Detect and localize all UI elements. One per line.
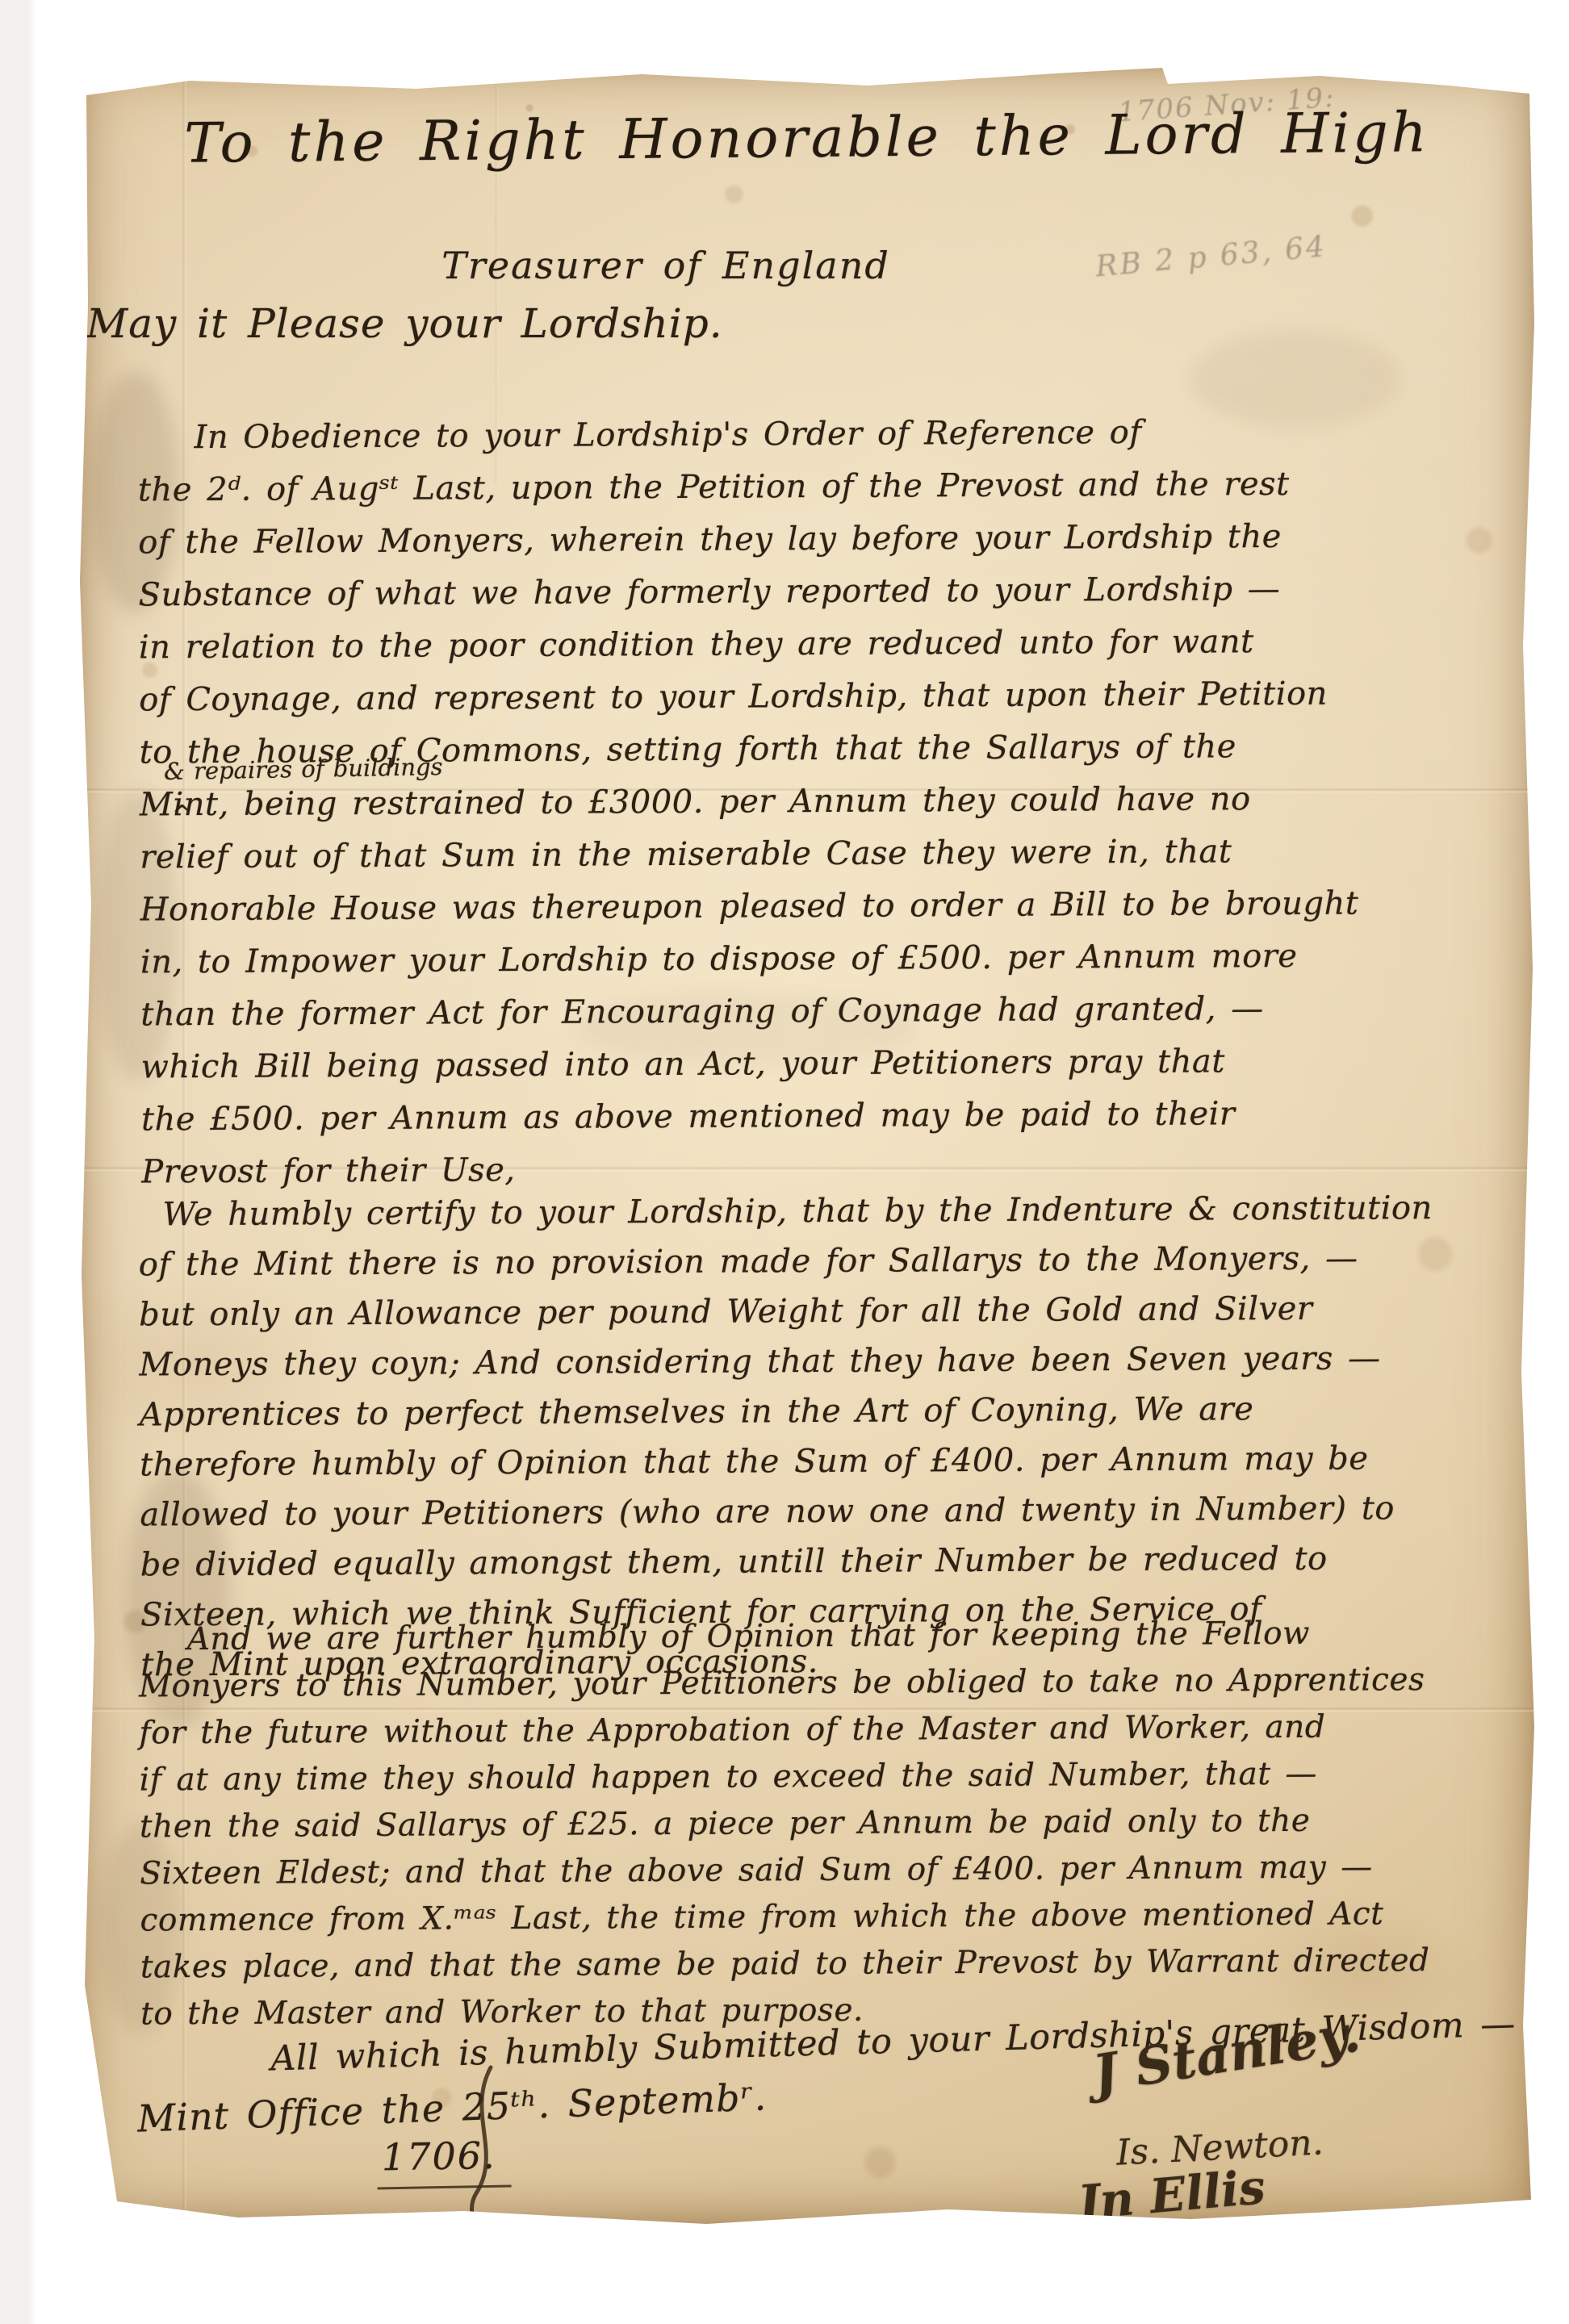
manuscript-line: And we are further humbly of Opinion tha… — [139, 1615, 1511, 1669]
manuscript-line: We humbly certify to your Lordship, that… — [138, 1189, 1510, 1247]
manuscript-line: Moneys they coyn; And considering that t… — [139, 1340, 1511, 1397]
manuscript-line: for the future without the Approbation o… — [139, 1708, 1511, 1762]
manuscript-line: In Obedience to your Lordship's Order of… — [137, 412, 1509, 472]
manuscript-line: then the said Sallarys of £25. a piece p… — [140, 1802, 1512, 1856]
pen-flourish — [452, 2064, 508, 2250]
manuscript-line: of the Fellow Monyers, wherein they lay … — [138, 517, 1510, 577]
manuscript-line: Sixteen Eldest; and that the above said … — [140, 1849, 1512, 1903]
manuscript-line: therefore humbly of Opinion that the Sum… — [140, 1440, 1512, 1497]
manuscript-line: the 2ᵈ. of Augˢᵗ Last, upon the Petition… — [138, 465, 1510, 525]
manuscript-line: allowed to your Petitioners (who are now… — [140, 1490, 1512, 1547]
manuscript-line: the £500. per Annum as above mentioned m… — [141, 1094, 1513, 1154]
pencil-reference-annotation: RB 2 p 63, 64 — [1094, 231, 1328, 284]
manuscript-line: if at any time they should happen to exc… — [140, 1755, 1512, 1809]
manuscript-line: Mint, being restrained to £3000. per Ann… — [140, 780, 1512, 839]
manuscript-line: commence from X.ᵐᵃˢ Last, the time from … — [140, 1896, 1512, 1950]
insertion-caret: ^ — [172, 800, 192, 829]
heading-addressee-line2: Treasurer of England — [343, 244, 989, 287]
manuscript-line: in relation to the poor condition they a… — [139, 622, 1511, 682]
salutation: May it Please your Lordship. — [86, 300, 723, 347]
heading-addressee: To the Right Honorable the Lord High — [77, 100, 1538, 177]
manuscript-line: Substance of what we have formerly repor… — [138, 570, 1510, 629]
signature-ellis: Jn Ellis — [1075, 2159, 1267, 2230]
manuscript-line: relief out of that Sum in the miserable … — [140, 832, 1512, 892]
manuscript-line: Honorable House was thereupon pleased to… — [140, 884, 1513, 944]
manuscript-line: of the Mint there is no provision made f… — [139, 1239, 1511, 1297]
manuscript-line: Apprentices to perfect themselves in the… — [140, 1390, 1512, 1447]
manuscript-line: but only an Allowance per pound Weight f… — [139, 1289, 1511, 1347]
manuscript-page: 1706 Nov: 19: RB 2 p 63, 64 To the Right… — [77, 65, 1538, 2227]
manuscript-line: which Bill being passed into an Act, you… — [141, 1042, 1513, 1101]
paragraph-obedience: In Obedience to your Lordship's Order of… — [137, 412, 1513, 1206]
manuscript-line: Monyers to this Number, your Petitioners… — [139, 1661, 1511, 1716]
manuscript-line: takes place, and that the same be paid t… — [140, 1942, 1513, 1996]
paragraph-further-opinion: And we are further humbly of Opinion tha… — [139, 1615, 1513, 2043]
manuscript-line: of Coynage, and represent to your Lordsh… — [139, 675, 1511, 734]
manuscript-line: be divided equally amongst them, untill … — [140, 1540, 1513, 1597]
manuscript-line: than the former Act for Encouraging of C… — [140, 989, 1513, 1049]
interlinear-insertion: & repaires of buildings — [164, 753, 443, 785]
manuscript-line: in, to Impower your Lordship to dispose … — [140, 937, 1513, 997]
